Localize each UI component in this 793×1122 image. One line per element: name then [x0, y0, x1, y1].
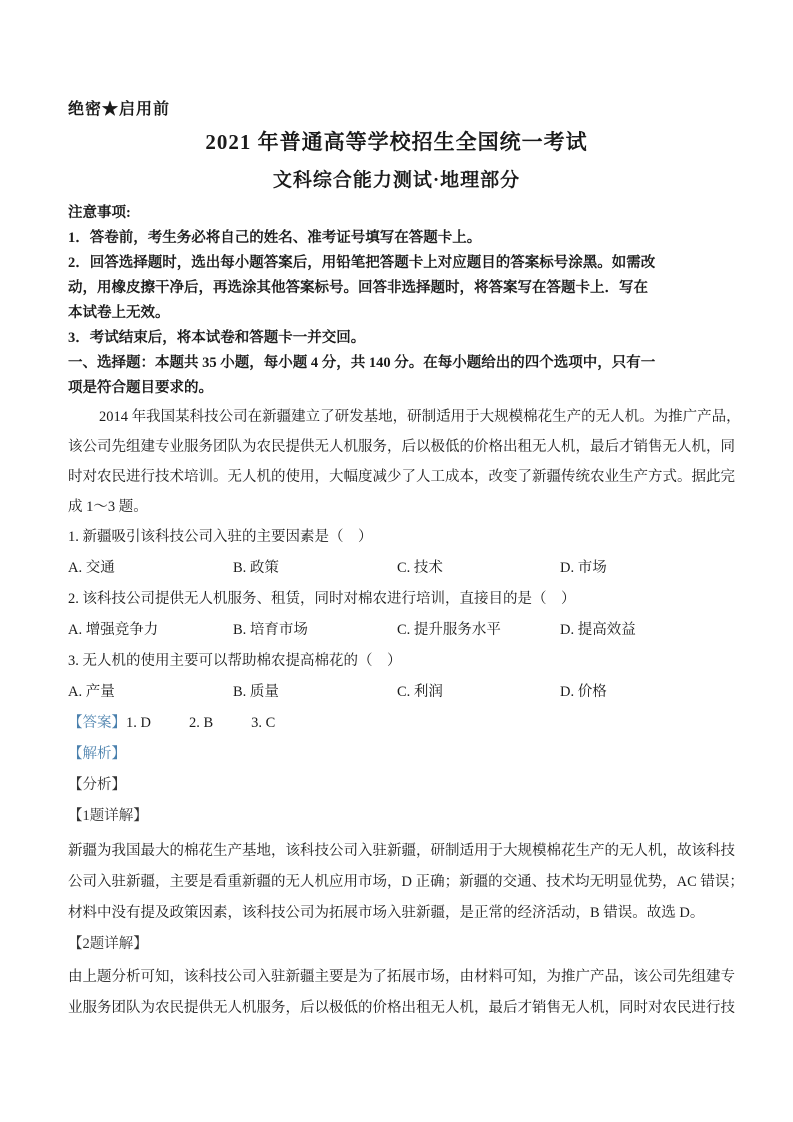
notice-line: 本试卷上无效。: [68, 301, 740, 326]
notice-line: 3．考试结束后，将本试卷和答题卡一并交回。: [68, 326, 740, 351]
reading-passage: 2014 年我国某科技公司在新疆建立了研发基地，研制适用于大规模棉花生产的无人机…: [68, 402, 740, 522]
passage-line: 2014 年我国某科技公司在新疆建立了研发基地，研制适用于大规模棉花生产的无人机…: [68, 402, 740, 432]
question-3-options: A. 产量 B. 质量 C. 利润 D. 价格: [68, 677, 748, 708]
explanation-line: 材料中没有提及政策因素，该科技公司为拓展市场入驻新疆，是正常的经济活动，B 错误…: [68, 898, 748, 929]
section-header-line: 一、选择题：本题共 35 小题，每小题 4 分，共 140 分。在每小题给出的四…: [68, 351, 740, 376]
option-cell: C. 利润: [397, 677, 560, 708]
option-cell: C. 技术: [397, 553, 560, 584]
jiexi-label: 【解析】: [68, 739, 748, 770]
passage-line: 时对农民进行技术培训。无人机的使用，大幅度减少了人工成本，改变了新疆传统农业生产…: [68, 462, 740, 492]
answers-line: 【答案】 1. D 2. B 3. C: [68, 708, 748, 739]
answer-item: 3. C: [251, 708, 275, 739]
explanation-line: 公司入驻新疆，主要是看重新疆的无人机应用市场，D 正确；新疆的交通、技术均无明显…: [68, 867, 748, 898]
option-cell: A. 交通: [68, 553, 233, 584]
detail-2-label: 【2题详解】: [68, 929, 748, 960]
exam-title: 2021 年普通高等学校招生全国统一考试: [0, 126, 793, 156]
option-cell: B. 政策: [233, 553, 397, 584]
question-3-stem: 3. 无人机的使用主要可以帮助棉农提高棉花的（ ）: [68, 646, 748, 677]
fenxi-label: 【分析】: [68, 770, 748, 801]
option-cell: C. 提升服务水平: [397, 615, 560, 646]
notice-section: 注意事项: 1．答卷前，考生务必将自己的姓名、准考证号填写在答题卡上。 2．回答…: [68, 201, 740, 401]
exam-paper-page: 绝密★启用前 2021 年普通高等学校招生全国统一考试 文科综合能力测试·地理部…: [0, 0, 793, 1122]
option-cell: B. 质量: [233, 677, 397, 708]
option-cell: B. 培育市场: [233, 615, 397, 646]
question-2-stem: 2. 该科技公司提供无人机服务、租赁，同时对棉农进行培训，直接目的是（ ）: [68, 584, 748, 615]
notice-line: 1．答卷前，考生务必将自己的姓名、准考证号填写在答题卡上。: [68, 226, 740, 251]
explanation-line: 新疆为我国最大的棉花生产基地，该科技公司入驻新疆，研制适用于大规模棉花生产的无人…: [68, 836, 748, 867]
section-header-line: 项是符合题目要求的。: [68, 376, 740, 401]
answers-label: 【答案】: [68, 708, 126, 739]
explanation-line: 业服务团队为农民提供无人机服务，后以极低的价格出租无人机，最后才销售无人机，同时…: [68, 993, 748, 1024]
passage-line: 该公司先组建专业服务团队为农民提供无人机服务，后以极低的价格出租无人机，最后才销…: [68, 432, 740, 462]
notice-line: 2．回答选择题时，选出每小题答案后，用铅笔把答题卡上对应题目的答案标号涂黑。如需…: [68, 251, 740, 276]
question-2-options: A. 增强竞争力 B. 培育市场 C. 提升服务水平 D. 提高效益: [68, 615, 748, 646]
classification-label: 绝密★启用前: [68, 96, 170, 119]
detail-1-paragraph: 新疆为我国最大的棉花生产基地，该科技公司入驻新疆，研制适用于大规模棉花生产的无人…: [68, 836, 748, 929]
option-cell: A. 增强竞争力: [68, 615, 233, 646]
notice-heading: 注意事项:: [68, 201, 740, 226]
option-cell: D. 价格: [560, 677, 748, 708]
option-cell: D. 提高效益: [560, 615, 748, 646]
answer-item: 1. D: [126, 708, 151, 739]
passage-line: 成 1～3 题。: [68, 492, 740, 522]
detail-2-paragraph: 由上题分析可知，该科技公司入驻新疆主要是为了拓展市场，由材料可知，为推广产品，该…: [68, 962, 748, 1024]
exam-subtitle: 文科综合能力测试·地理部分: [0, 165, 793, 192]
answer-item: 2. B: [189, 708, 213, 739]
option-cell: D. 市场: [560, 553, 748, 584]
explanation-line: 由上题分析可知，该科技公司入驻新疆主要是为了拓展市场，由材料可知，为推广产品，该…: [68, 962, 748, 993]
notice-line: 动，用橡皮擦干净后，再选涂其他答案标号。回答非选择题时，将答案写在答题卡上．写在: [68, 276, 740, 301]
detail-1-label: 【1题详解】: [68, 801, 748, 832]
question-1-stem: 1. 新疆吸引该科技公司入驻的主要因素是（ ）: [68, 522, 748, 553]
question-1-options: A. 交通 B. 政策 C. 技术 D. 市场: [68, 553, 748, 584]
option-cell: A. 产量: [68, 677, 233, 708]
questions-and-analysis-section: 1. 新疆吸引该科技公司入驻的主要因素是（ ） A. 交通 B. 政策 C. 技…: [68, 522, 748, 1024]
